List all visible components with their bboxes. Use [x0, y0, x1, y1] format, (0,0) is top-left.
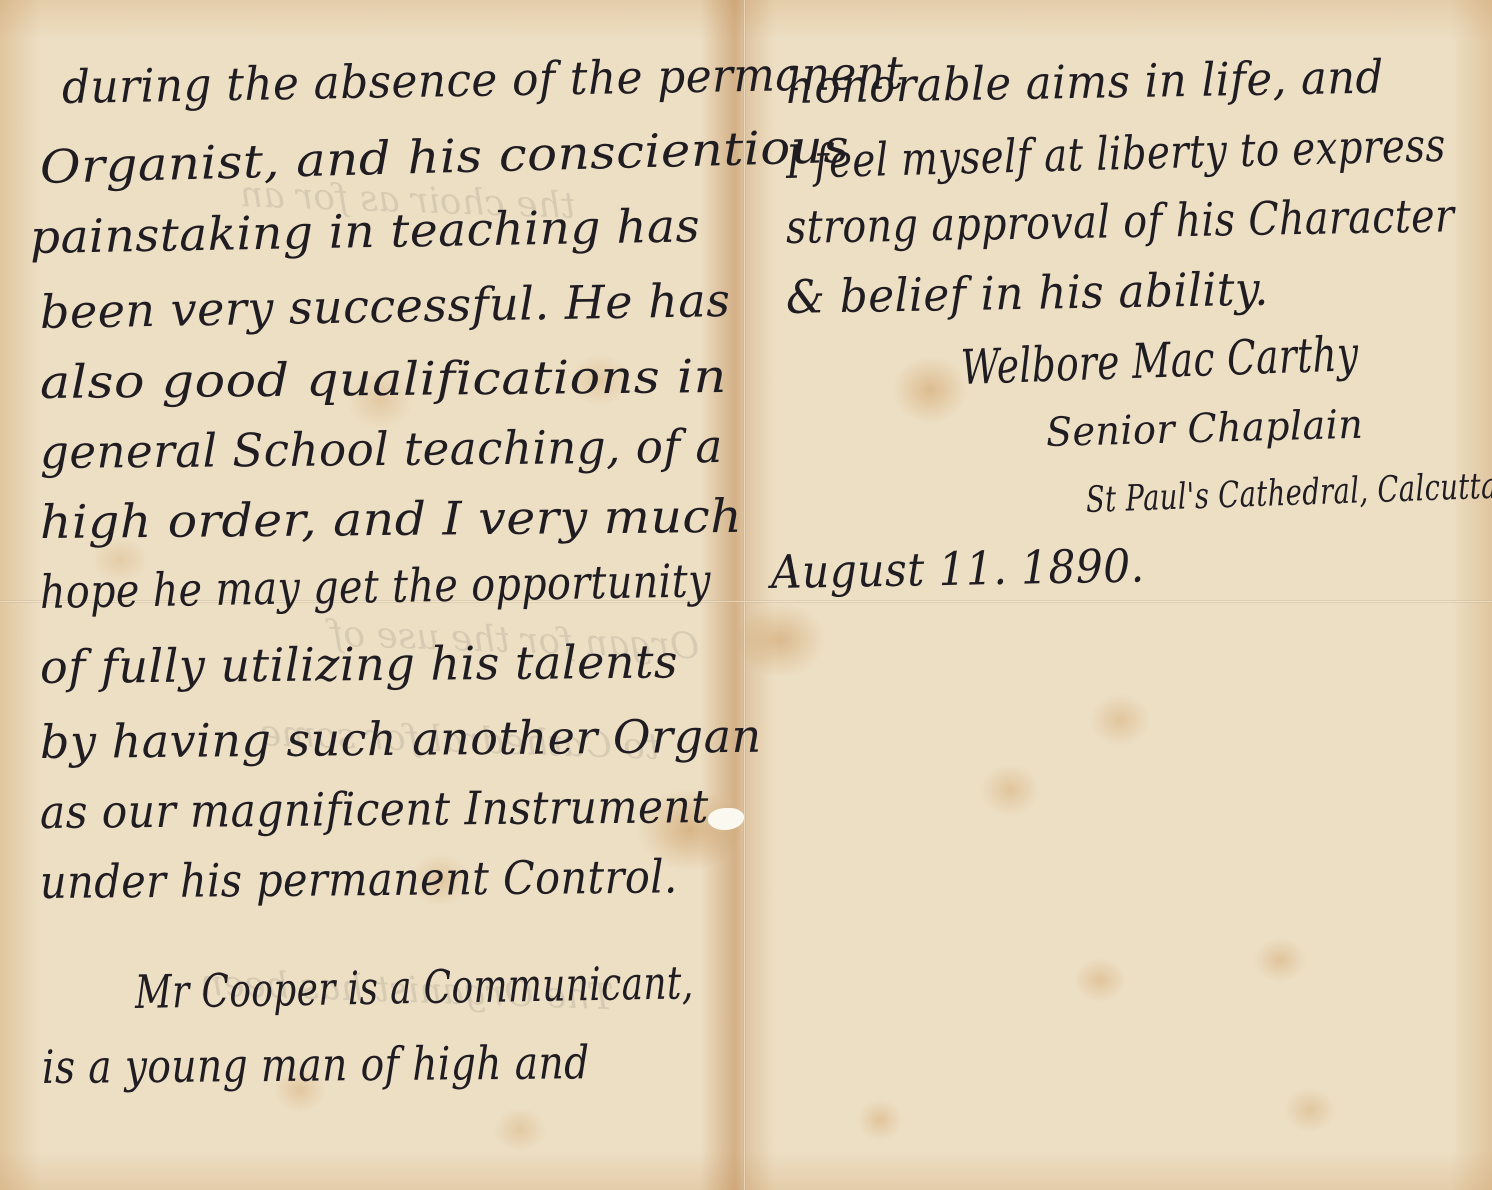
- signature-title: Senior Chaplain: [1045, 402, 1363, 456]
- text-line: I feel myself at liberty to express: [785, 118, 1446, 189]
- left-page: during the absence of the permanent Orga…: [0, 0, 743, 1190]
- text-line: strong approval of his Character: [786, 188, 1455, 254]
- text-line: Mr Cooper is a Communicant,: [135, 955, 694, 1019]
- right-page: honorable aims in life, and I feel mysel…: [746, 0, 1492, 1190]
- text-line: general School teaching, of a: [40, 419, 723, 479]
- text-line: honorable aims in life, and: [786, 50, 1385, 114]
- text-line: hope he may get the opportunity: [40, 553, 712, 619]
- letter-date: August 11. 1890.: [771, 538, 1146, 599]
- signature-name: Welbore Mac Carthy: [960, 326, 1359, 396]
- signature-location: St Paul's Cathedral, Calcutta: [1085, 466, 1492, 521]
- text-line: as our magnificent Instrument: [40, 779, 709, 839]
- text-line: been very successful. He has: [40, 273, 731, 339]
- text-line: painstaking in teaching has: [30, 198, 701, 264]
- text-line: of fully utilizing his talents: [40, 634, 678, 694]
- text-line: & belief in his ability.: [786, 262, 1270, 324]
- text-line: high order, and I very much: [40, 489, 743, 549]
- text-line: under his permanent Control.: [40, 849, 678, 909]
- text-line: also good qualifications in: [40, 349, 727, 409]
- text-line: by having such another Organ: [40, 709, 762, 769]
- text-line: is a young man of high and: [42, 1035, 590, 1094]
- text-line: Organist, and his conscientious: [39, 119, 850, 194]
